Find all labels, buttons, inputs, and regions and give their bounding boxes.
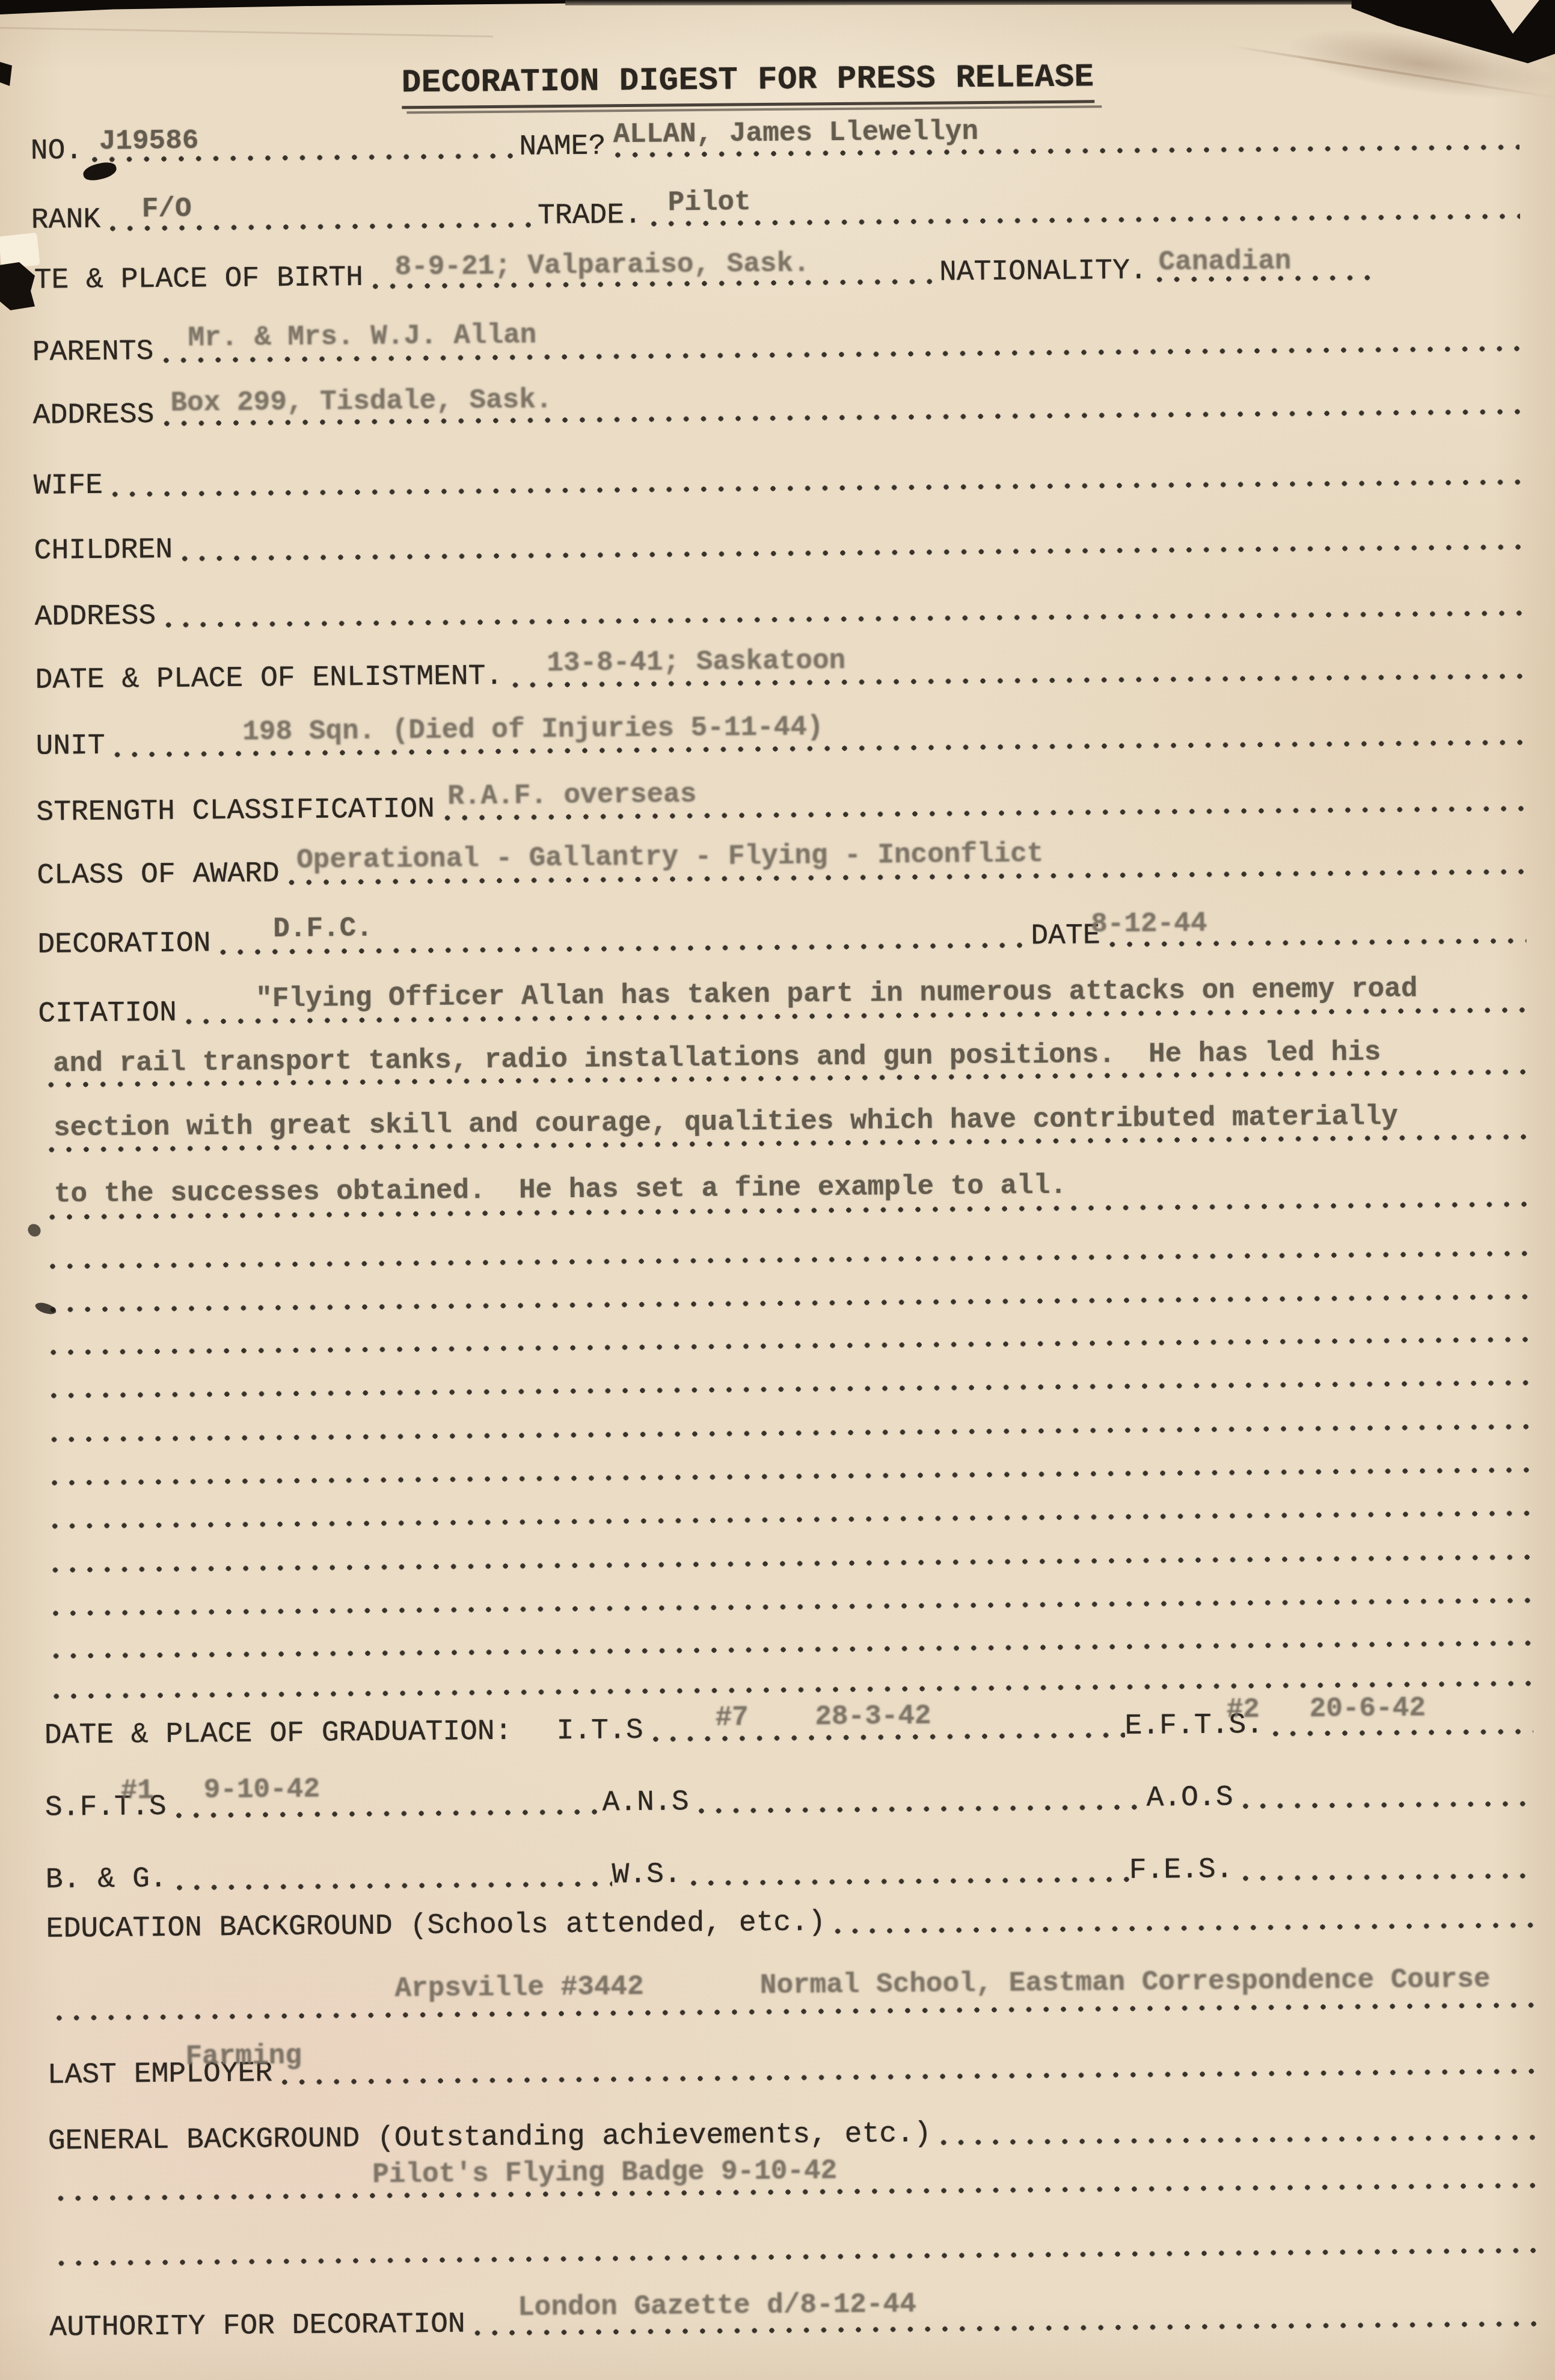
dotted-leader — [47, 2001, 1536, 2022]
ws-label: W.S. — [612, 1859, 681, 1890]
general-background-label: GENERAL BACKGROUND (Outstanding achievem… — [48, 2119, 931, 2157]
dotted-leader — [167, 1880, 612, 1891]
no-value: J19586 — [99, 126, 199, 156]
name-value: ALLAN, James Llewellyn — [613, 117, 978, 150]
dotted-line — [43, 1488, 1532, 1533]
address2-label: ADDRESS — [34, 601, 156, 633]
enlistment-label: DATE & PLACE OF ENLISTMENT. — [35, 661, 503, 696]
dotted-leader — [44, 1639, 1533, 1660]
strength-value: R.A.F. overseas — [447, 779, 696, 812]
nationality-value: Canadian — [1158, 246, 1291, 277]
name-label: NAME? — [519, 131, 606, 162]
field-row-decoration-date: DECORATION DATE — [37, 916, 1526, 960]
field-row-wife: WIFE — [34, 457, 1523, 501]
dotted-leader — [42, 1466, 1531, 1487]
fes-label: F.E.S. — [1129, 1854, 1233, 1886]
last-employer-value: Farming — [185, 2041, 302, 2072]
aos-label: A.O.S — [1146, 1782, 1233, 1813]
dotted-line — [42, 1445, 1531, 1489]
dotted-leader — [40, 1250, 1529, 1271]
efts-value: #2 20-6-42 — [1226, 1693, 1426, 1725]
ans-label: A.N.S — [602, 1787, 689, 1818]
dotted-line — [43, 1532, 1532, 1577]
document-scan: DECORATION DIGEST FOR PRESS RELEASE NO. … — [0, 0, 1555, 2380]
field-row-general-background: GENERAL BACKGROUND (Outstanding achievem… — [48, 2112, 1537, 2157]
date-label: DATE — [1031, 921, 1100, 951]
dotted-leader — [931, 2133, 1537, 2147]
decoration-value: D.F.C. — [273, 913, 373, 944]
field-row-children: CHILDREN — [34, 522, 1523, 566]
field-row-education: EDUCATION BACKGROUND (Schools attended, … — [46, 1900, 1535, 1945]
its-label: I.T.S — [556, 1716, 643, 1746]
trade-value: Pilot — [667, 187, 750, 218]
dotted-leader — [41, 1336, 1530, 1357]
decoration-label: DECORATION — [37, 928, 210, 960]
dotted-leader — [642, 212, 1520, 228]
general-background-value: Pilot's Flying Badge 9-10-42 — [372, 2156, 837, 2190]
nationality-label: NATIONALITY. — [939, 256, 1147, 288]
dotted-line — [41, 1402, 1530, 1446]
parents-value: Mr. & Mrs. W.J. Allan — [188, 320, 536, 353]
strength-label: STRENGTH CLASSIFICATION — [36, 794, 435, 828]
parents-label: PARENTS — [32, 337, 154, 368]
wife-label: WIFE — [34, 471, 103, 501]
dotted-line — [41, 1314, 1530, 1359]
dotted-leader — [43, 1553, 1532, 1574]
dotted-line — [40, 1228, 1529, 1273]
dotted-leader — [689, 1803, 1147, 1815]
no-label: NO. — [31, 136, 83, 167]
children-label: CHILDREN — [34, 535, 173, 566]
dotted-leader — [1233, 1800, 1534, 1810]
decoration-date-value: 8-12-44 — [1091, 909, 1207, 940]
dotted-leader — [103, 478, 1523, 498]
field-row-rank-trade: RANK TRADE. — [31, 191, 1520, 236]
dotted-line — [40, 1272, 1529, 1316]
dotted-leader — [41, 1379, 1530, 1400]
field-row-bg-ws-fes: B. & G. W.S. F.E.S. — [46, 1851, 1535, 1895]
unit-label: UNIT — [35, 731, 105, 762]
birth-value: 8-9-21; Valparaiso, Sask. — [394, 248, 810, 282]
trade-label: TRADE. — [538, 200, 642, 232]
spacer — [512, 1746, 557, 1747]
dotted-leader — [826, 1921, 1535, 1935]
dotted-leader — [156, 609, 1523, 629]
class-of-award-value: Operational - Gallantry - Flying - Incon… — [296, 839, 1044, 876]
dotted-leader — [1233, 1872, 1535, 1882]
b-and-g-label: B. & G. — [46, 1864, 167, 1895]
field-row-address2: ADDRESS — [34, 588, 1523, 633]
rank-label: RANK — [31, 205, 101, 236]
authority-value: London Gazette d/8-12-44 — [518, 2289, 916, 2323]
dotted-leader — [167, 1808, 603, 1820]
authority-label: AUTHORITY FOR DECORATION — [49, 2310, 465, 2343]
dotted-line — [41, 1358, 1530, 1402]
sfts-value: #1 9-10-42 — [121, 1774, 321, 1806]
address-label: ADDRESS — [33, 400, 155, 431]
dotted-leader — [42, 1423, 1531, 1444]
dotted-leader — [49, 2247, 1538, 2268]
class-of-award-label: CLASS OF AWARD — [37, 859, 280, 891]
field-row-strength: STRENGTH CLASSIFICATION — [36, 784, 1525, 828]
graduation-label: DATE & PLACE OF GRADUATION: — [44, 1717, 512, 1751]
dotted-leader — [173, 543, 1523, 563]
dotted-leader — [1263, 1728, 1533, 1738]
dotted-leader — [465, 2320, 1539, 2337]
its-value: #7 28-3-42 — [715, 1701, 931, 1733]
dotted-leader — [681, 1875, 1129, 1888]
dotted-leader — [43, 1596, 1532, 1618]
unit-value: 198 Sqn. (Died of Injuries 5-11-44) — [242, 712, 824, 747]
dotted-line — [49, 2225, 1538, 2270]
scanned-document-page: { "document": { "title": "DECORATION DIG… — [0, 0, 1555, 2380]
dotted-line — [43, 1618, 1532, 1663]
enlistment-value: 13-8-41; Saskatoon — [547, 646, 845, 678]
dotted-leader — [43, 1509, 1532, 1530]
citation-label: CITATION — [38, 998, 177, 1029]
page-title: DECORATION DIGEST FOR PRESS RELEASE — [402, 60, 1094, 109]
dotted-line — [43, 1575, 1532, 1620]
rank-value: F/O — [142, 194, 192, 224]
birth-label: TE & PLACE OF BIRTH — [34, 263, 364, 296]
address-value: Box 299, Tisdale, Sask. — [170, 385, 552, 419]
dotted-leader — [272, 2067, 1536, 2086]
dotted-leader — [41, 1293, 1530, 1314]
education-label: EDUCATION BACKGROUND (Schools attended, … — [46, 1907, 826, 1944]
